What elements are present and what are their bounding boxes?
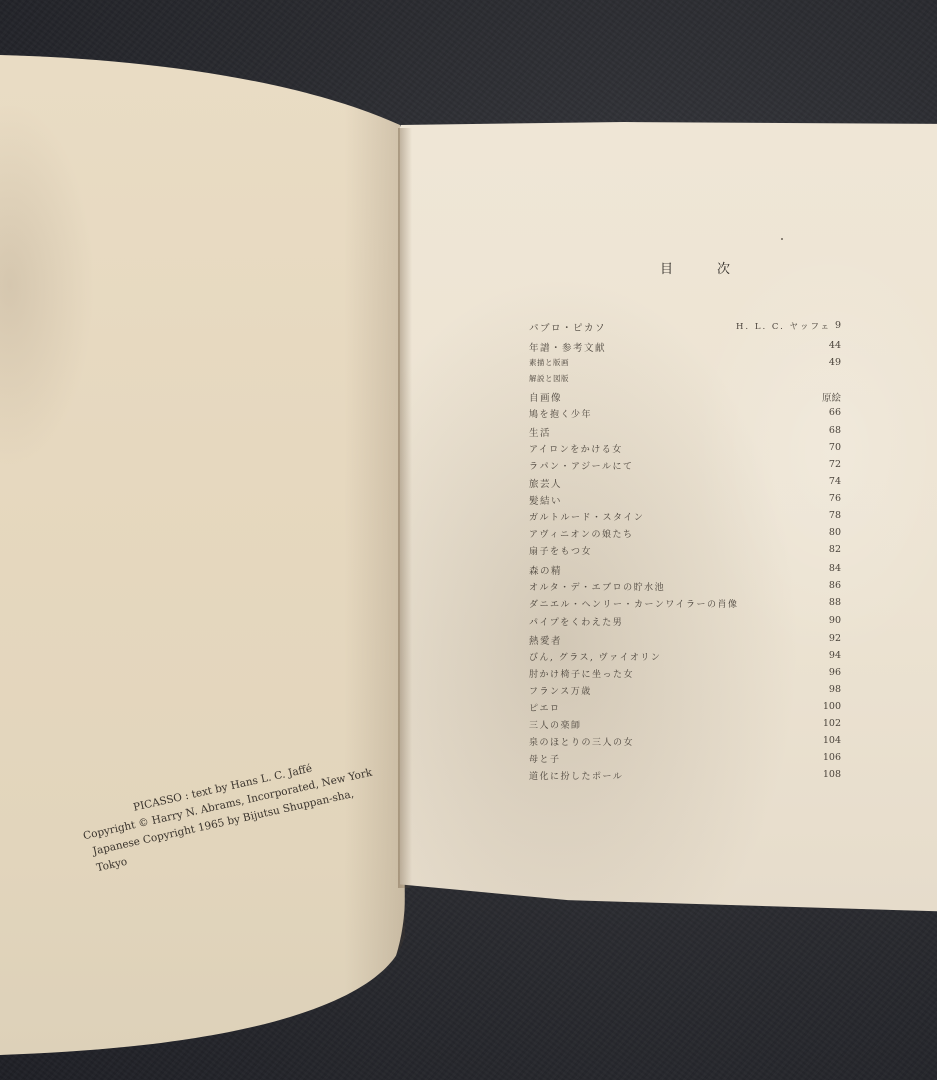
toc-entry: ピエロ100 — [529, 701, 841, 715]
toc-entry-page: 92 — [829, 633, 841, 644]
toc-entry: 泉のほとりの三人の女104 — [529, 735, 841, 749]
toc-entry-title: 自画像 — [529, 390, 562, 404]
toc-entry-page: 原絵 — [822, 390, 841, 404]
toc-entry-title: オルタ・デ・エブロの貯水池 — [529, 580, 665, 593]
toc-entry-page: 76 — [829, 493, 841, 504]
toc-entry-title: 生活 — [529, 425, 551, 439]
toc-entry-title: 肘かけ椅子に坐った女 — [529, 667, 634, 680]
toc-entry-title: 道化に扮したポール — [529, 769, 623, 782]
toc-entry: ダニエル・ヘンリー・カーンワイラーの肖像88 — [529, 597, 841, 611]
toc-entry: 素描と版画49 — [529, 357, 841, 371]
toc-entry-title: ダニエル・ヘンリー・カーンワイラーの肖像 — [529, 597, 739, 610]
toc-entry: 解説と図版 — [529, 373, 841, 387]
toc-entry: ラパン・アジールにて72 — [529, 459, 841, 473]
toc-entry-page: 44 — [829, 340, 841, 351]
toc-entry-title: ガルトルード・スタイン — [529, 510, 644, 523]
toc-entry: 道化に扮したポール108 — [529, 769, 841, 783]
toc-entry-title: 髪結い — [529, 493, 562, 507]
toc-entry-title: パイプをくわえた男 — [529, 615, 623, 628]
toc-entry: 生活68 — [529, 425, 841, 439]
toc-entry-page: 86 — [829, 580, 841, 591]
toc-entry: 髪結い76 — [529, 493, 841, 507]
toc-entry-title: 熱愛者 — [529, 633, 562, 647]
toc-entry-author: H. L. C. ヤッフェ — [736, 320, 831, 332]
toc-entry: 旅芸人74 — [529, 476, 841, 490]
toc-entry-page: 84 — [829, 563, 841, 574]
toc-entry: オルタ・デ・エブロの貯水池86 — [529, 580, 841, 594]
toc-entry-title: 旅芸人 — [529, 476, 562, 490]
toc-entry-page: 72 — [829, 459, 841, 470]
toc-entry-title: 母と子 — [529, 752, 561, 765]
toc-entry-title: 年譜・参考文献 — [529, 340, 606, 354]
toc-title: 目次 — [660, 258, 740, 277]
toc-entry-page: 94 — [829, 650, 841, 661]
toc-entry: フランス万歳98 — [529, 684, 841, 698]
toc-entry-page: 80 — [829, 527, 841, 538]
book-gutter — [398, 128, 412, 888]
toc-entry: パイプをくわえた男90 — [529, 615, 841, 629]
toc-entry-title: 泉のほとりの三人の女 — [529, 735, 634, 748]
toc-entry-page: 106 — [823, 752, 841, 763]
toc-entry-title: ラパン・アジールにて — [529, 459, 633, 472]
toc-entry-page: 78 — [829, 510, 841, 521]
toc-entry-title: アヴィニオンの娘たち — [529, 527, 633, 540]
toc-entry-page: 102 — [823, 718, 841, 729]
left-page — [0, 55, 405, 1055]
toc-entry-page: 100 — [823, 701, 841, 712]
toc-entry: 森の精84 — [529, 563, 841, 577]
toc-entry-page: 9 — [835, 320, 841, 331]
toc-entry-title: アイロンをかける女 — [529, 442, 623, 455]
toc-entry-page: 70 — [829, 442, 841, 453]
toc-entry-page: 104 — [823, 735, 841, 746]
toc-entry-title: ピエロ — [529, 701, 561, 714]
toc-entry: 鳩を抱く少年66 — [529, 407, 841, 421]
toc-entry-title: 扇子をもつ女 — [529, 544, 592, 557]
toc-entry-title: フランス万歳 — [529, 684, 592, 697]
toc-entry-page: 82 — [829, 544, 841, 555]
toc-entry-page: 74 — [829, 476, 841, 487]
toc-entry-page: 98 — [829, 684, 841, 695]
toc-entry: 扇子をもつ女82 — [529, 544, 841, 558]
toc-entry: ガルトルード・スタイン78 — [529, 510, 841, 524]
toc-entry-title: びん, グラス, ヴァイオリン — [529, 650, 661, 663]
toc-entry-title: 三人の楽師 — [529, 718, 582, 731]
toc-entry-title: 森の精 — [529, 563, 562, 577]
toc-entry: アイロンをかける女70 — [529, 442, 841, 456]
toc-entry: 熱愛者92 — [529, 633, 841, 647]
toc-entry-page: 90 — [829, 615, 841, 626]
toc-entry: パブロ・ピカソH. L. C. ヤッフェ9 — [529, 320, 841, 334]
toc-entry: 年譜・参考文献44 — [529, 340, 841, 354]
toc-entry: 肘かけ椅子に坐った女96 — [529, 667, 841, 681]
toc-entry: 自画像原絵 — [529, 390, 841, 404]
toc-entry-page: 49 — [829, 357, 841, 368]
toc-entry: アヴィニオンの娘たち80 — [529, 527, 841, 541]
toc-entry: 三人の楽師102 — [529, 718, 841, 732]
toc-entry-page: 66 — [829, 407, 841, 418]
toc-entry-page: 108 — [823, 769, 841, 780]
toc-entry-title: 解説と図版 — [529, 373, 569, 384]
toc-entry-title: パブロ・ピカソ — [529, 320, 606, 334]
toc-entry: びん, グラス, ヴァイオリン94 — [529, 650, 841, 664]
toc-entry-title: 鳩を抱く少年 — [529, 407, 592, 420]
toc-entry: 母と子106 — [529, 752, 841, 766]
toc-entry-page: 68 — [829, 425, 841, 436]
paper-speck — [781, 238, 783, 240]
toc-entry-page: 96 — [829, 667, 841, 678]
toc-entry-title: 素描と版画 — [529, 357, 569, 368]
toc-entry-page: 88 — [829, 597, 841, 608]
